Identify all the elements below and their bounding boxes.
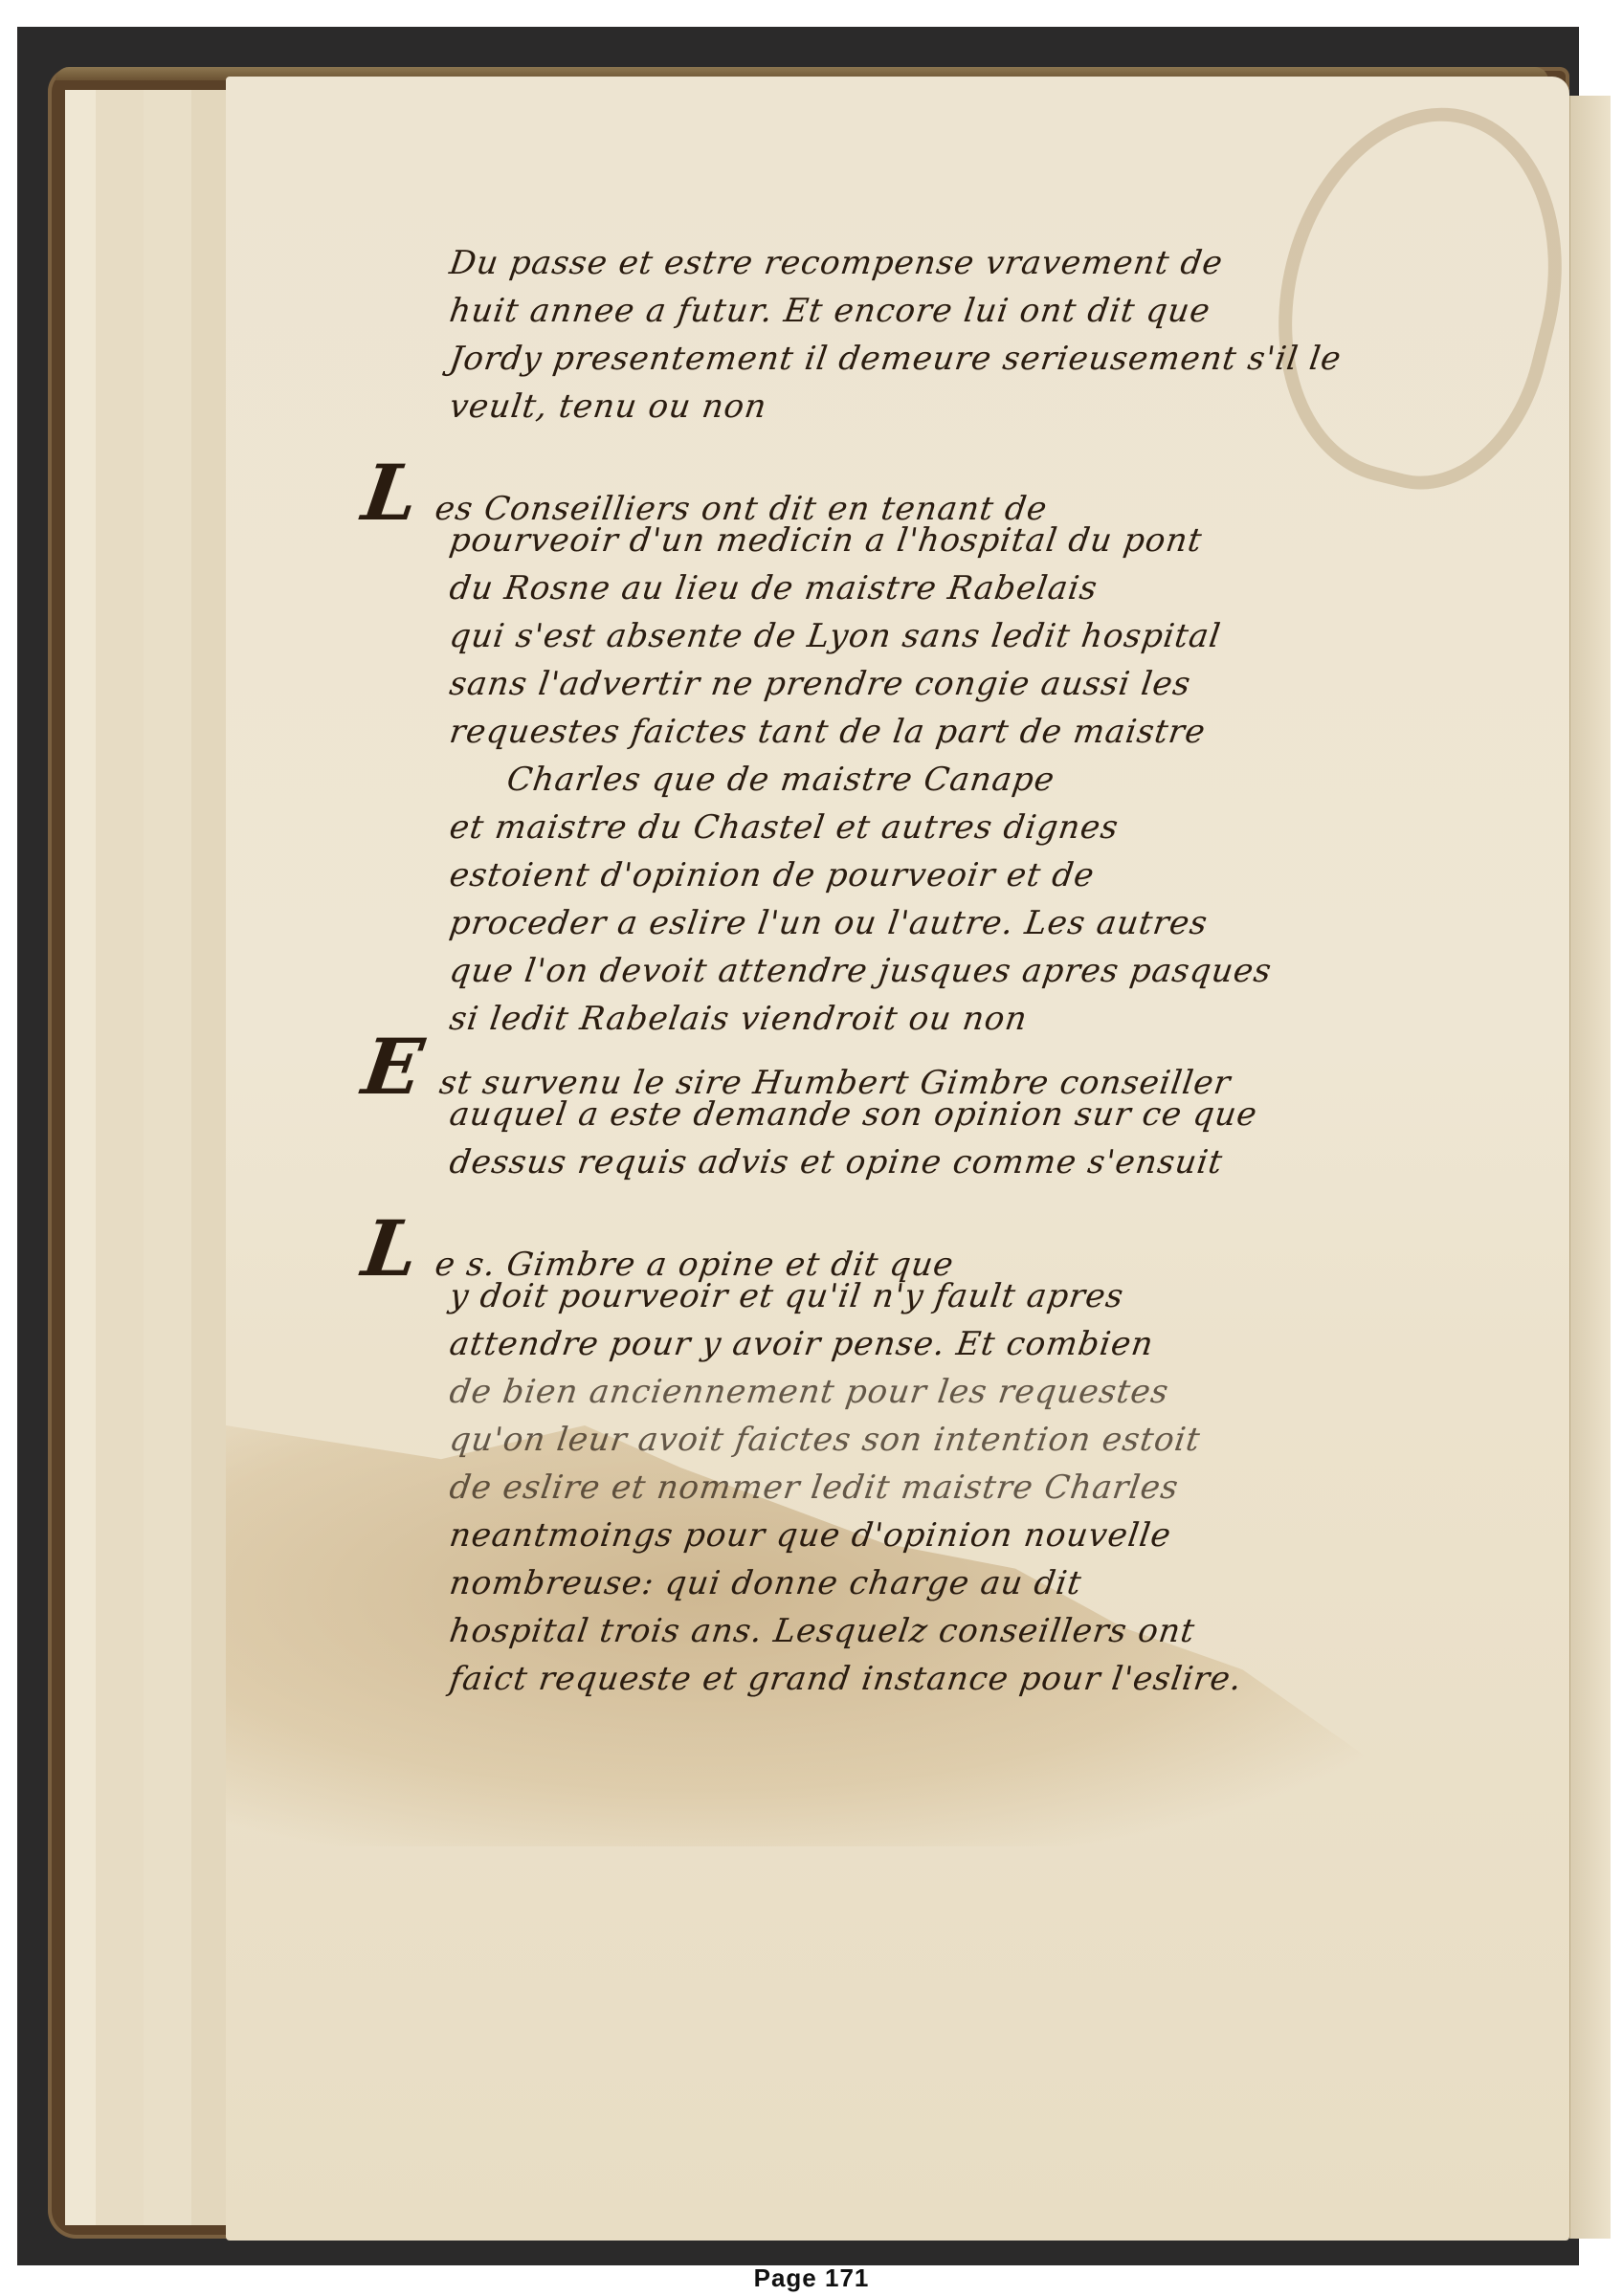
page-edge xyxy=(191,90,229,2225)
text-line: y doit pourveoir et qu'il n'y fault apre… xyxy=(446,1272,1410,1320)
text-line: Est survenu le sire Humbert Gimbre conse… xyxy=(446,1043,1410,1091)
text-line: faict requeste et grand instance pour l'… xyxy=(446,1655,1410,1703)
paragraph: Est survenu le sire Humbert Gimbre conse… xyxy=(450,1043,1407,1186)
decorated-initial: E xyxy=(360,1043,426,1091)
text-line: de bien anciennement pour les requestes xyxy=(446,1368,1410,1416)
text-line: que l'on devoit attendre jusques apres p… xyxy=(446,947,1410,995)
decorated-initial: L xyxy=(360,1225,421,1272)
text-line: hospital trois ans. Lesquelz conseillers… xyxy=(446,1607,1410,1655)
text-line: Les Conseilliers ont dit en tenant de xyxy=(446,469,1410,517)
right-page-edge xyxy=(1569,96,1611,2239)
manuscript-text: Du passe et estre recompense vravement d… xyxy=(450,239,1407,1703)
text-line: et maistre du Chastel et autres dignes xyxy=(446,804,1410,851)
text-line: Du passe et estre recompense vravement d… xyxy=(446,239,1410,287)
text-line: attendre pour y avoir pense. Et combien xyxy=(446,1320,1410,1368)
text-line: nombreuse: qui donne charge au dit xyxy=(446,1559,1410,1607)
text-line: qu'on leur avoit faictes son intention e… xyxy=(446,1416,1410,1464)
text-line: sans l'advertir ne prendre congie aussi … xyxy=(446,660,1410,708)
text-line: Jordy presentement il demeure serieuseme… xyxy=(446,335,1410,383)
text-line: du Rosne au lieu de maistre Rabelais xyxy=(446,564,1410,612)
text-line: pourveoir d'un medicin a l'hospital du p… xyxy=(446,517,1410,564)
page-number-caption: Page 171 xyxy=(0,2263,1623,2293)
text-line: de eslire et nommer ledit maistre Charle… xyxy=(446,1464,1410,1512)
decorated-initial: L xyxy=(360,469,421,517)
text-line: estoient d'opinion de pourveoir et de xyxy=(446,851,1410,899)
paragraph: Les Conseilliers ont dit en tenant de po… xyxy=(450,469,1407,1043)
paragraph: Du passe et estre recompense vravement d… xyxy=(450,239,1407,430)
paragraph: Le s. Gimbre a opine et dit que y doit p… xyxy=(450,1225,1407,1703)
text-line: si ledit Rabelais viendroit ou non xyxy=(446,995,1410,1043)
text-line: neantmoings pour que d'opinion nouvelle xyxy=(446,1512,1410,1559)
text-line: Charles que de maistre Canape xyxy=(446,756,1410,804)
text-line: dessus requis advis et opine comme s'ens… xyxy=(446,1138,1410,1186)
text-line: qui s'est absente de Lyon sans ledit hos… xyxy=(446,612,1410,660)
text-line: veult, tenu ou non xyxy=(446,383,1410,430)
text-line: Le s. Gimbre a opine et dit que xyxy=(446,1225,1410,1272)
text-line: requestes faictes tant de la part de mai… xyxy=(446,708,1410,756)
text-line: auquel a este demande son opinion sur ce… xyxy=(446,1091,1410,1138)
text-line: huit annee a futur. Et encore lui ont di… xyxy=(446,287,1410,335)
text-line: proceder a eslire l'un ou l'autre. Les a… xyxy=(446,899,1410,947)
